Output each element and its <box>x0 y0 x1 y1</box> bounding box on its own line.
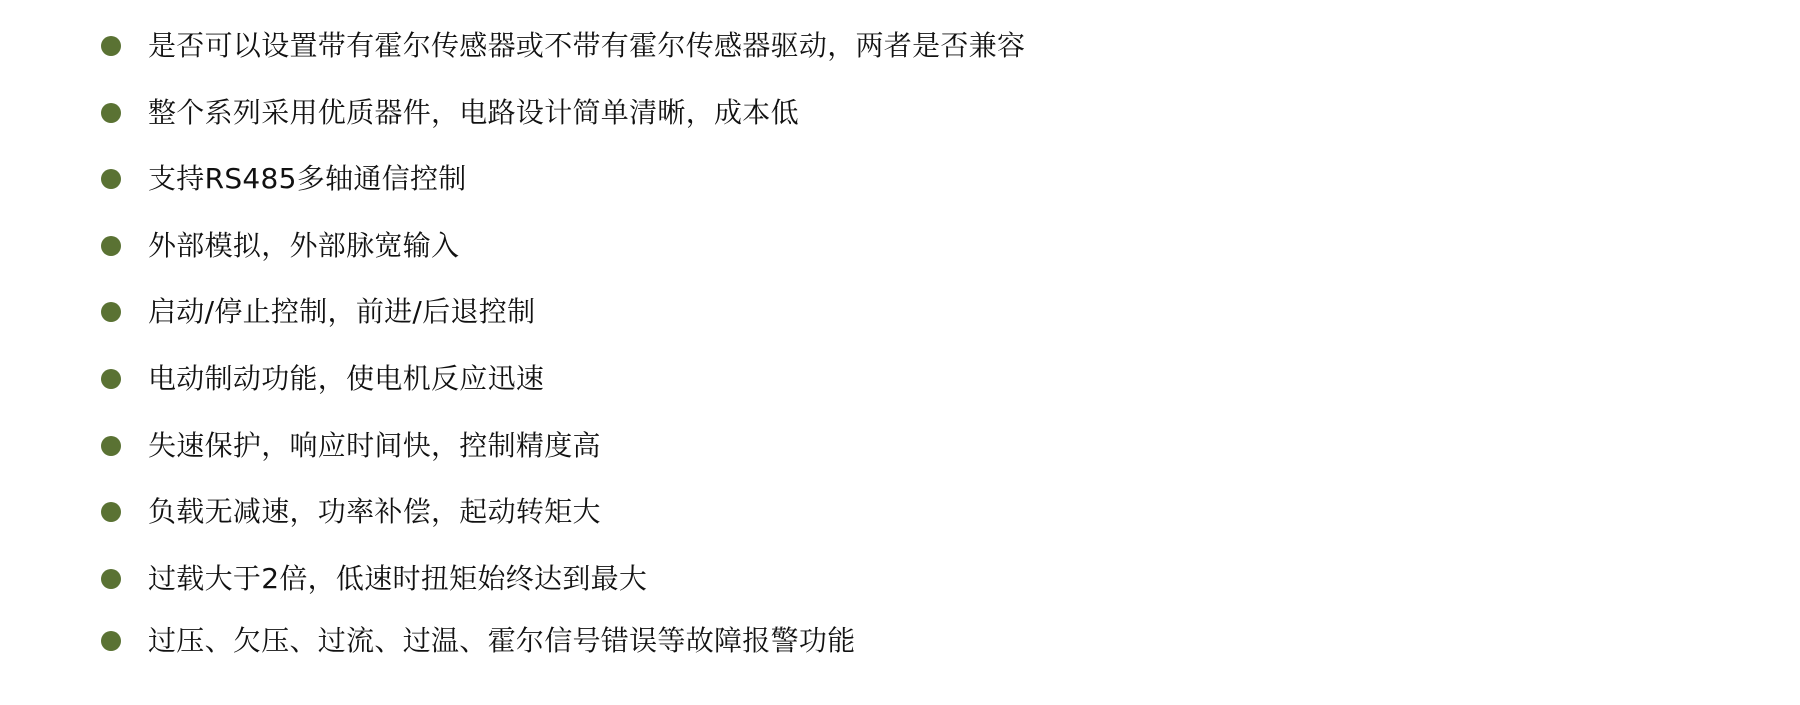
bullet-dot-icon <box>101 502 121 522</box>
feature-text: 支持RS485多轴通信控制 <box>148 159 467 199</box>
list-item: 过载大于2倍，低速时扭矩始终达到最大 <box>0 559 1200 599</box>
feature-text: 过压、欠压、过流、过温、霍尔信号错误等故障报警功能 <box>148 621 856 661</box>
bullet-dot-icon <box>101 569 121 589</box>
list-item: 过压、欠压、过流、过温、霍尔信号错误等故障报警功能 <box>0 621 1200 661</box>
list-item: 负载无减速，功率补偿，起动转矩大 <box>0 492 1200 532</box>
feature-text: 失速保护，响应时间快，控制精度高 <box>148 426 601 466</box>
feature-text: 负载无减速，功率补偿，起动转矩大 <box>148 492 601 532</box>
bullet-dot-icon <box>101 169 121 189</box>
list-item: 整个系列采用优质器件，电路设计简单清晰，成本低 <box>0 93 1200 133</box>
list-item: 支持RS485多轴通信控制 <box>0 159 1200 199</box>
list-item: 启动/停止控制，前进/后退控制 <box>0 292 1200 332</box>
feature-text: 外部模拟，外部脉宽输入 <box>148 226 459 266</box>
feature-text: 电动制动功能，使电机反应迅速 <box>148 359 544 399</box>
list-item: 是否可以设置带有霍尔传感器或不带有霍尔传感器驱动，两者是否兼容 <box>0 26 1200 66</box>
feature-text: 整个系列采用优质器件，电路设计简单清晰，成本低 <box>148 93 799 133</box>
bullet-dot-icon <box>101 631 121 651</box>
bullet-dot-icon <box>101 103 121 123</box>
list-item: 外部模拟，外部脉宽输入 <box>0 226 1200 266</box>
bullet-dot-icon <box>101 36 121 56</box>
bullet-dot-icon <box>101 236 121 256</box>
list-item: 电动制动功能，使电机反应迅速 <box>0 359 1200 399</box>
bullet-dot-icon <box>101 302 121 322</box>
feature-text: 启动/停止控制，前进/后退控制 <box>148 292 535 332</box>
list-item: 失速保护，响应时间快，控制精度高 <box>0 426 1200 466</box>
feature-text: 过载大于2倍，低速时扭矩始终达到最大 <box>148 559 647 599</box>
feature-text: 是否可以设置带有霍尔传感器或不带有霍尔传感器驱动，两者是否兼容 <box>148 26 1025 66</box>
bullet-dot-icon <box>101 436 121 456</box>
bullet-dot-icon <box>101 369 121 389</box>
